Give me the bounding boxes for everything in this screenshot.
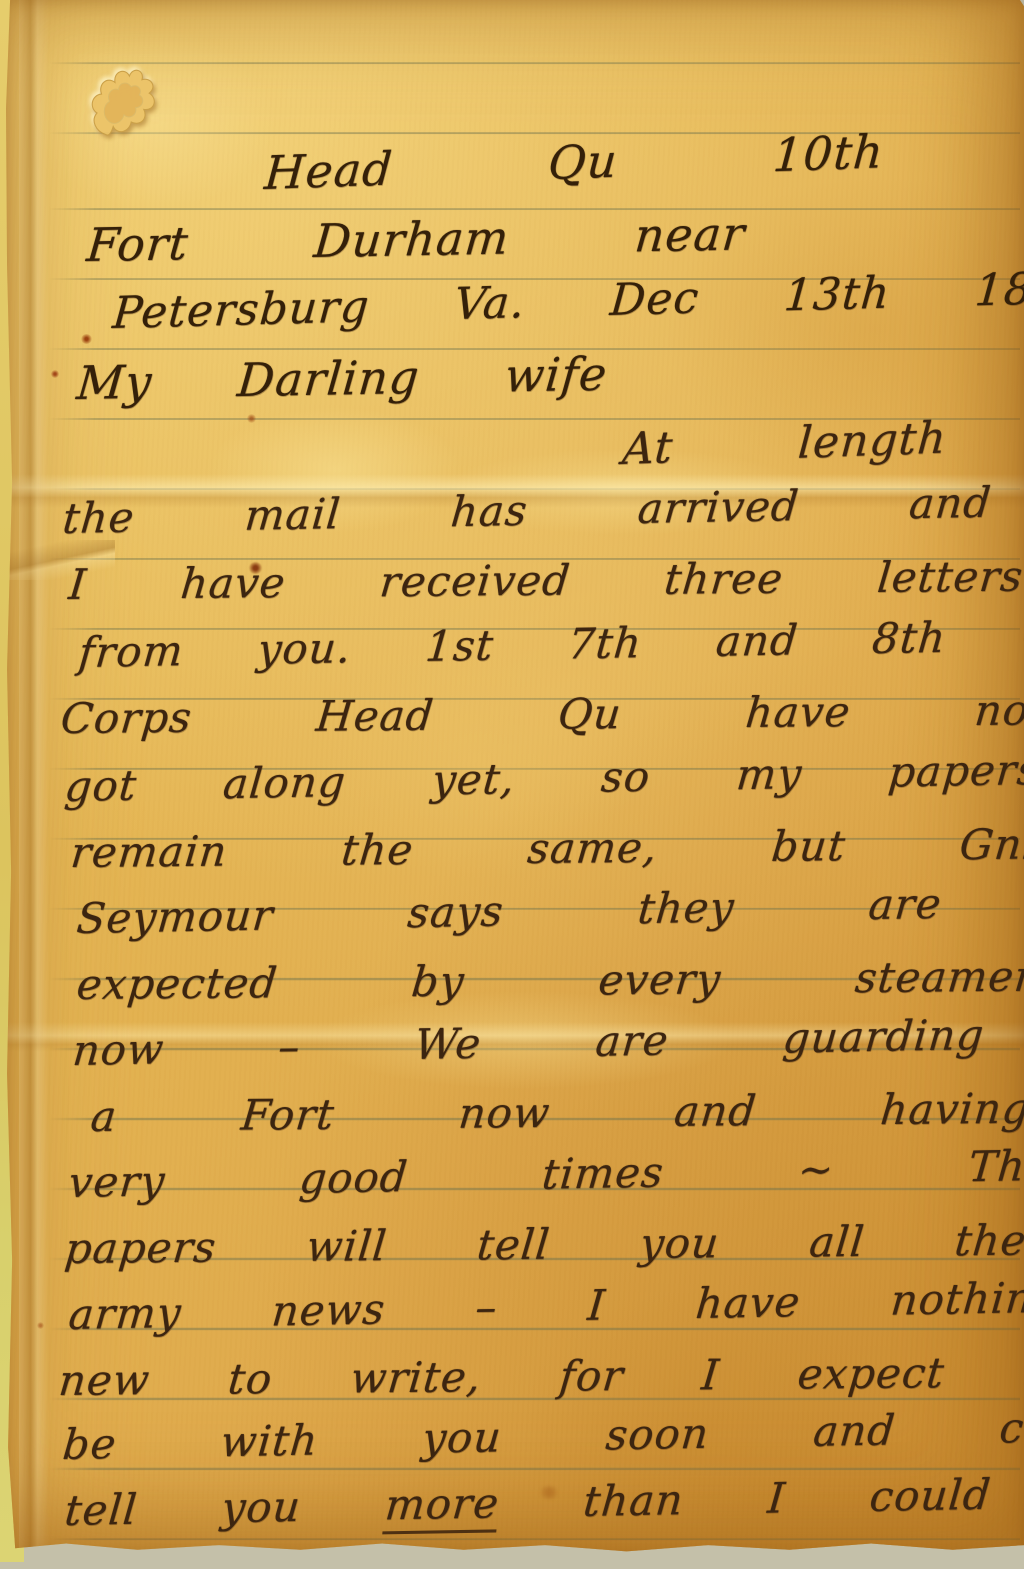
ink-stain (37, 1322, 44, 1329)
closing-line-post: than I could (497, 1470, 993, 1528)
handwriting-line: expected by every steamer (75, 956, 1024, 1006)
ink-stain (51, 370, 59, 378)
closing-line-pre: tell you (63, 1480, 388, 1535)
handwriting-line: remain the same, but Gnl. (69, 823, 1024, 874)
salutation-line: My Darling wife (75, 351, 609, 406)
ink-stain (81, 334, 92, 344)
letter-heading-line: Fort Durham near (85, 210, 747, 268)
ink-stain (247, 414, 256, 423)
handwriting-line: new to write, for I expect to (57, 1351, 1024, 1402)
handwriting-line: Corps Head Qu have not (59, 689, 1024, 740)
letter-paper: Head Qu 10th AC Fort Durham near Petersb… (5, 0, 1024, 1556)
fold-crease-vertical (19, 0, 49, 1556)
handwriting-line: I have received three letters (67, 556, 1024, 606)
letter-page: Head Qu 10th AC Fort Durham near Petersb… (0, 0, 1024, 1569)
handwriting-line: papers will tell you all the (63, 1220, 1024, 1270)
handwriting-line: a Fort now and having (89, 1088, 1024, 1138)
handwriting-line: At length (621, 417, 948, 472)
underlined-word: more (383, 1478, 502, 1534)
embossed-crest-icon (79, 58, 169, 150)
